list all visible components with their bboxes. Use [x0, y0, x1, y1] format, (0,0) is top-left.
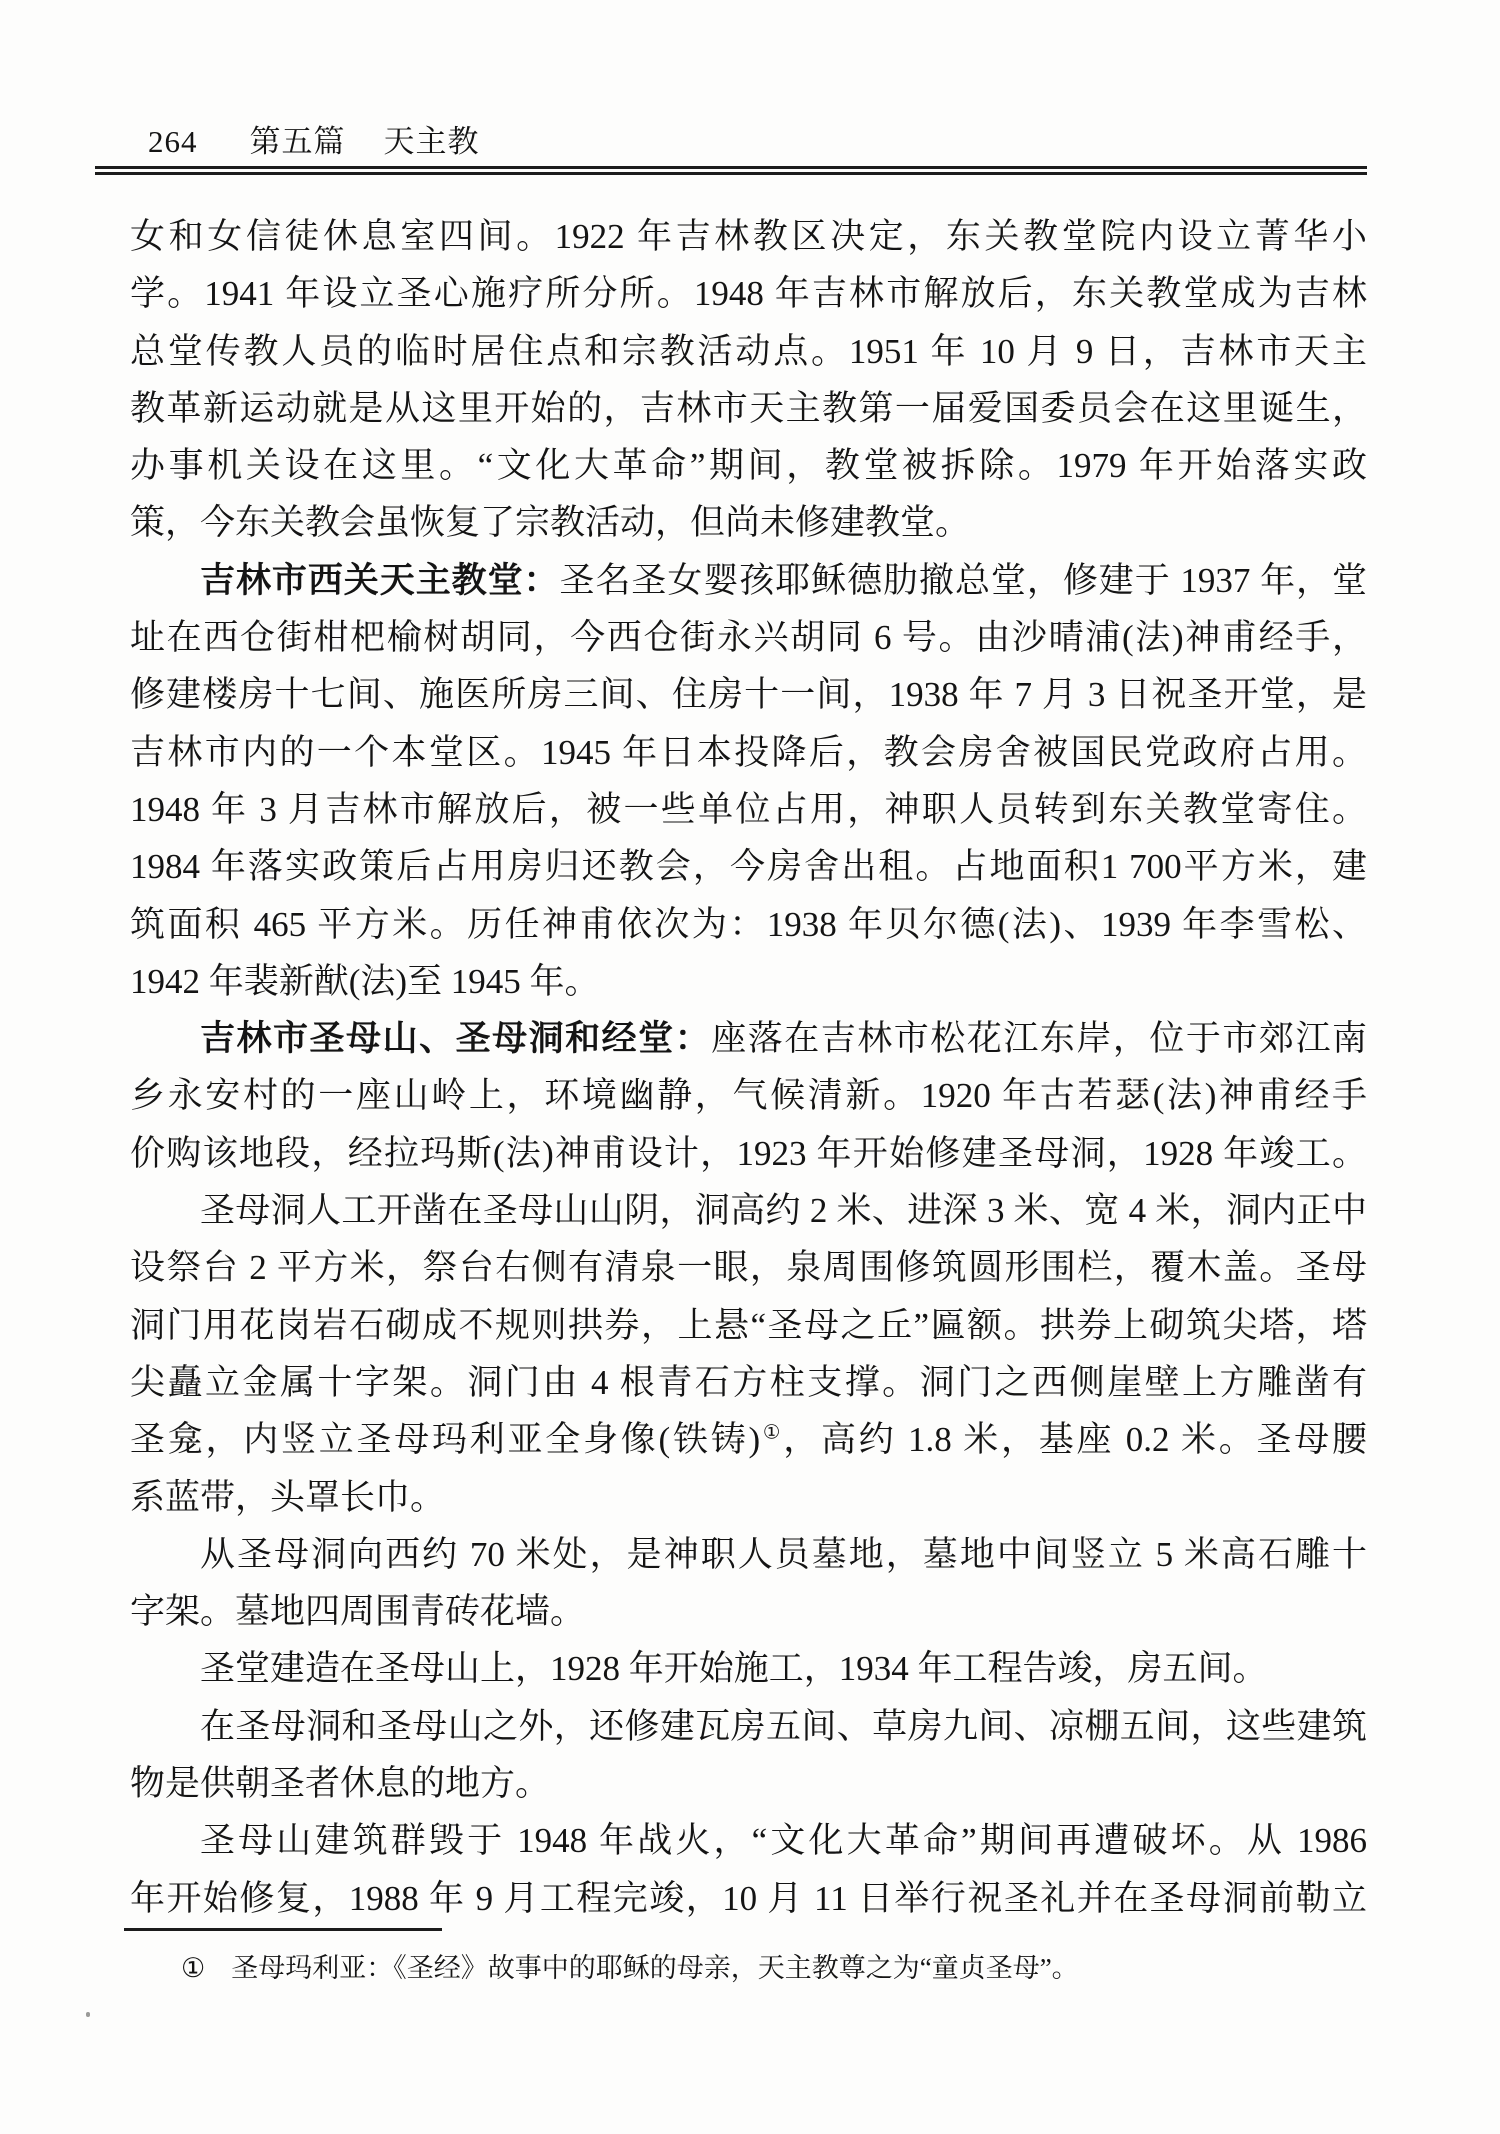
text-line: 在圣母洞和圣母山之外，还修建瓦房五间、草房九间、凉棚五间，这些建筑	[130, 1698, 1367, 1755]
text-line: 教革新运动就是从这里开始的，吉林市天主教第一届爱国委员会在这里诞生，	[130, 380, 1367, 437]
text-line: 洞门用花岗岩石砌成不规则拱券，上悬“圣母之丘”匾额。拱券上砌筑尖塔，塔	[130, 1297, 1367, 1354]
text-run: 价购该地段，经拉玛斯(法)神甫设计，1923 年开始修建圣母洞，1928 年竣工…	[130, 1134, 1367, 1173]
text-run: 从圣母洞向西约 70 米处，是神职人员墓地，墓地中间竖立 5 米高石雕十	[200, 1535, 1367, 1574]
text-line: 圣母洞人工开凿在圣母山山阴，洞高约 2 米、进深 3 米、宽 4 米，洞内正中	[130, 1182, 1367, 1239]
text-run: 学。1941 年设立圣心施疗所分所。1948 年吉林市解放后，东关教堂成为吉林	[130, 274, 1367, 313]
footnote-ref: ①	[760, 1423, 783, 1444]
text-run: 座落在吉林市松花江东岸，位于市郊江南	[711, 1019, 1367, 1058]
text-run: 修建楼房十七间、施医所房三间、住房十一间，1938 年 7 月 3 日祝圣开堂，…	[130, 675, 1367, 714]
text-line: 女和女信徒休息室四间。1922 年吉林教区决定，东关教堂院内设立菁华小	[130, 208, 1367, 265]
page-number: 264	[148, 124, 198, 159]
text-run: 1942 年裴新猷(法)至 1945 年。	[130, 962, 600, 1001]
text-run: 办事机关设在这里。“文化大革命”期间，教堂被拆除。1979 年开始落实政	[130, 446, 1367, 485]
text-line: 圣堂建造在圣母山上，1928 年开始施工，1934 年工程告竣，房五间。	[130, 1640, 1367, 1697]
body-text: 女和女信徒休息室四间。1922 年吉林教区决定，东关教堂院内设立菁华小学。194…	[130, 208, 1367, 1927]
text-line: 学。1941 年设立圣心施疗所分所。1948 年吉林市解放后，东关教堂成为吉林	[130, 265, 1367, 322]
chapter-title: 天主教	[384, 124, 480, 159]
text-line: 价购该地段，经拉玛斯(法)神甫设计，1923 年开始修建圣母洞，1928 年竣工…	[130, 1125, 1367, 1182]
text-run: 字架。墓地四周围青砖花墙。	[130, 1592, 585, 1631]
entry-title: 吉林市西关天主教堂：	[200, 561, 560, 600]
text-line: 物是供朝圣者休息的地方。	[130, 1755, 1367, 1812]
text-run: 圣母洞人工开凿在圣母山山阴，洞高约 2 米、进深 3 米、宽 4 米，洞内正中	[200, 1191, 1367, 1230]
footnote: ①圣母玛利亚：《圣经》故事中的耶稣的母亲，天主教尊之为“童贞圣母”。	[181, 1948, 1371, 1988]
text-line: 设祭台 2 平方米，祭台右侧有清泉一眼，泉周围修筑圆形围栏，覆木盖。圣母	[130, 1239, 1367, 1296]
footnote-text: 圣母玛利亚：《圣经》故事中的耶稣的母亲，天主教尊之为“童贞圣母”。	[231, 1953, 1078, 1983]
text-line: 尖矗立金属十字架。洞门由 4 根青石方柱支撑。洞门之西侧崖壁上方雕凿有	[130, 1354, 1367, 1411]
text-line: 乡永安村的一座山岭上，环境幽静，气候清新。1920 年古若瑟(法)神甫经手	[130, 1067, 1367, 1124]
text-run: ，高约 1.8 米，基座 0.2 米。圣母腰	[783, 1420, 1367, 1459]
text-line: 圣龛，内竖立圣母玛利亚全身像(铁铸)①，高约 1.8 米，基座 0.2 米。圣母…	[130, 1411, 1367, 1468]
text-run: 总堂传教人员的临时居住点和宗教活动点。1951 年 10 月 9 日，吉林市天主	[130, 332, 1367, 371]
footnote-marker: ①	[181, 1953, 205, 1983]
text-line: 址在西仓街柑杷榆树胡同，今西仓街永兴胡同 6 号。由沙晴浦(法)神甫经手，	[130, 609, 1367, 666]
text-run: 1948 年 3 月吉林市解放后，被一些单位占用，神职人员转到东关教堂寄住。	[130, 790, 1367, 829]
text-line: 从圣母洞向西约 70 米处，是神职人员墓地，墓地中间竖立 5 米高石雕十	[130, 1526, 1367, 1583]
page-header: 264第五篇天主教	[148, 116, 480, 161]
text-run: 年开始修复，1988 年 9 月工程完竣，10 月 11 日举行祝圣礼并在圣母洞…	[130, 1879, 1367, 1918]
text-line: 筑面积 465 平方米。历任神甫依次为：1938 年贝尔德(法)、1939 年李…	[130, 896, 1367, 953]
text-run: 洞门用花岗岩石砌成不规则拱券，上悬“圣母之丘”匾额。拱券上砌筑尖塔，塔	[130, 1306, 1367, 1345]
text-run: 策，今东关教会虽恢复了宗教活动，但尚未修建教堂。	[130, 503, 970, 542]
text-run: 女和女信徒休息室四间。1922 年吉林教区决定，东关教堂院内设立菁华小	[130, 217, 1367, 256]
text-run: 尖矗立金属十字架。洞门由 4 根青石方柱支撑。洞门之西侧崖壁上方雕凿有	[130, 1363, 1367, 1402]
text-line: 圣母山建筑群毁于 1948 年战火，“文化大革命”期间再遭破坏。从 1986	[130, 1812, 1367, 1869]
text-line: 字架。墓地四周围青砖花墙。	[130, 1583, 1367, 1640]
section-title: 第五篇	[250, 124, 346, 159]
text-line: 吉林市内的一个本堂区。1945 年日本投降后，教会房舍被国民党政府占用。	[130, 724, 1367, 781]
text-run: 物是供朝圣者休息的地方。	[130, 1764, 550, 1803]
text-line: 1948 年 3 月吉林市解放后，被一些单位占用，神职人员转到东关教堂寄住。	[130, 781, 1367, 838]
text-line: 年开始修复，1988 年 9 月工程完竣，10 月 11 日举行祝圣礼并在圣母洞…	[130, 1870, 1367, 1927]
text-line: 修建楼房十七间、施医所房三间、住房十一间，1938 年 7 月 3 日祝圣开堂，…	[130, 666, 1367, 723]
text-run: 系蓝带，头罩长巾。	[130, 1478, 445, 1517]
text-run: 乡永安村的一座山岭上，环境幽静，气候清新。1920 年古若瑟(法)神甫经手	[130, 1076, 1367, 1115]
text-line: 1942 年裴新猷(法)至 1945 年。	[130, 953, 1367, 1010]
text-run: 圣堂建造在圣母山上，1928 年开始施工，1934 年工程告竣，房五间。	[200, 1649, 1268, 1688]
text-run: 址在西仓街柑杷榆树胡同，今西仓街永兴胡同 6 号。由沙晴浦(法)神甫经手，	[130, 618, 1367, 657]
text-line: 策，今东关教会虽恢复了宗教活动，但尚未修建教堂。	[130, 494, 1367, 551]
scan-speck	[86, 2012, 90, 2017]
text-line: 系蓝带，头罩长巾。	[130, 1469, 1367, 1526]
text-run: 在圣母洞和圣母山之外，还修建瓦房五间、草房九间、凉棚五间，这些建筑	[200, 1707, 1367, 1746]
footnote-divider	[124, 1928, 442, 1931]
text-run: 1984 年落实政策后占用房归还教会，今房舍出租。占地面积1 700平方米，建	[130, 847, 1367, 886]
text-run: 圣母山建筑群毁于 1948 年战火，“文化大革命”期间再遭破坏。从 1986	[200, 1821, 1367, 1860]
text-line: 吉林市西关天主教堂：圣名圣女婴孩耶稣德肋撤总堂，修建于 1937 年，堂	[130, 552, 1367, 609]
header-double-rule	[95, 166, 1367, 175]
text-run: 圣龛，内竖立圣母玛利亚全身像(铁铸)	[130, 1420, 760, 1459]
text-line: 1984 年落实政策后占用房归还教会，今房舍出租。占地面积1 700平方米，建	[130, 838, 1367, 895]
text-line: 办事机关设在这里。“文化大革命”期间，教堂被拆除。1979 年开始落实政	[130, 437, 1367, 494]
text-run: 圣名圣女婴孩耶稣德肋撤总堂，修建于 1937 年，堂	[560, 561, 1367, 600]
book-page: 264第五篇天主教 女和女信徒休息室四间。1922 年吉林教区决定，东关教堂院内…	[0, 0, 1500, 2134]
text-line: 吉林市圣母山、圣母洞和经堂：座落在吉林市松花江东岸，位于市郊江南	[130, 1010, 1367, 1067]
text-run: 设祭台 2 平方米，祭台右侧有清泉一眼，泉周围修筑圆形围栏，覆木盖。圣母	[130, 1248, 1367, 1287]
entry-title: 吉林市圣母山、圣母洞和经堂：	[200, 1019, 711, 1058]
text-run: 吉林市内的一个本堂区。1945 年日本投降后，教会房舍被国民党政府占用。	[130, 733, 1367, 772]
text-run: 筑面积 465 平方米。历任神甫依次为：1938 年贝尔德(法)、1939 年李…	[130, 905, 1367, 944]
text-line: 总堂传教人员的临时居住点和宗教活动点。1951 年 10 月 9 日，吉林市天主	[130, 323, 1367, 380]
text-run: 教革新运动就是从这里开始的，吉林市天主教第一届爱国委员会在这里诞生，	[130, 389, 1367, 428]
